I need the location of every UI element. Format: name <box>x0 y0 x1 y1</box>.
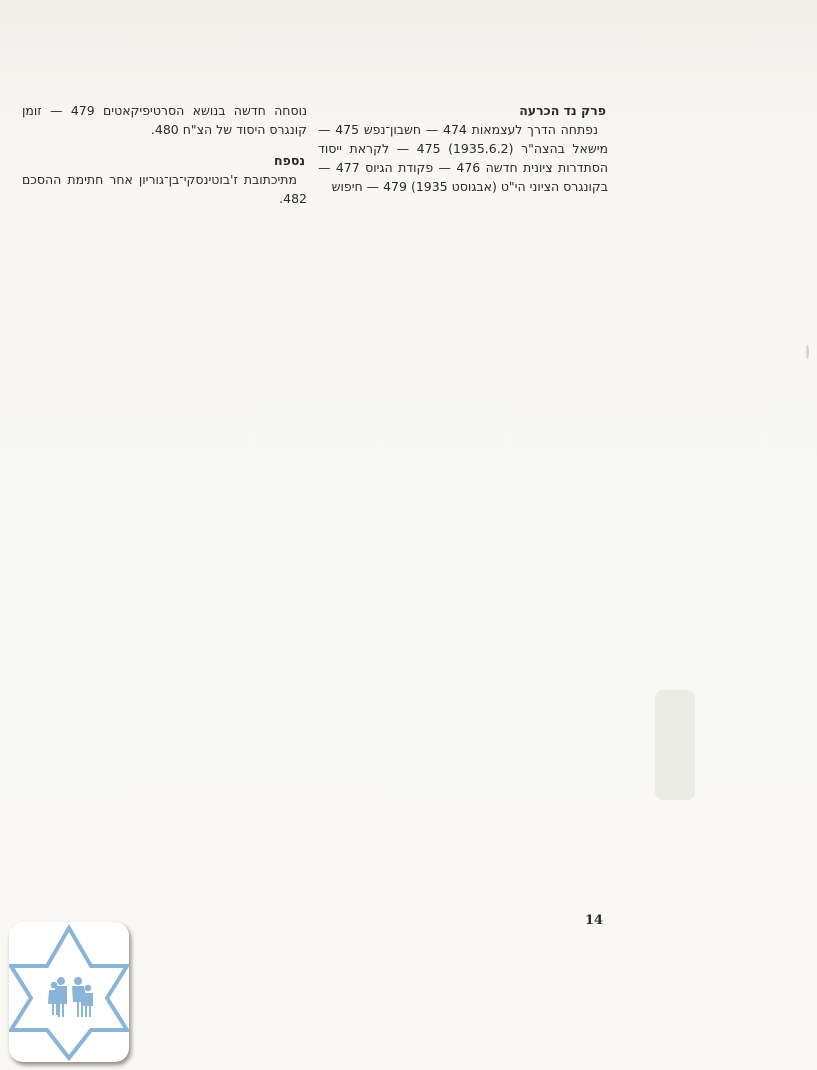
chapter-heading: פרק נד הכרעה <box>318 101 608 120</box>
continued-paragraph: נוסחה חדשה בנושא הסרטיפיקאטים 479 — זומן… <box>22 101 307 139</box>
appendix-paragraph: מתיכתובת ז'בוטינסקי־בן־גוריון אחר חתימת … <box>22 170 307 208</box>
right-column: פרק נד הכרעה נפתחה הדרך לעצמאות 474 — חש… <box>318 101 608 196</box>
chapter-contents-paragraph: נפתחה הדרך לעצמאות 474 — חשבון־נפש 475 —… <box>318 120 608 196</box>
star-of-david-family-icon <box>9 922 129 1062</box>
scan-artifact <box>655 690 695 800</box>
appendix-heading: נספח <box>22 151 307 170</box>
left-column: נוסחה חדשה בנושא הסרטיפיקאטים 479 — זומן… <box>22 101 307 208</box>
scan-artifact <box>806 345 809 359</box>
page-number: 14 <box>585 913 603 928</box>
